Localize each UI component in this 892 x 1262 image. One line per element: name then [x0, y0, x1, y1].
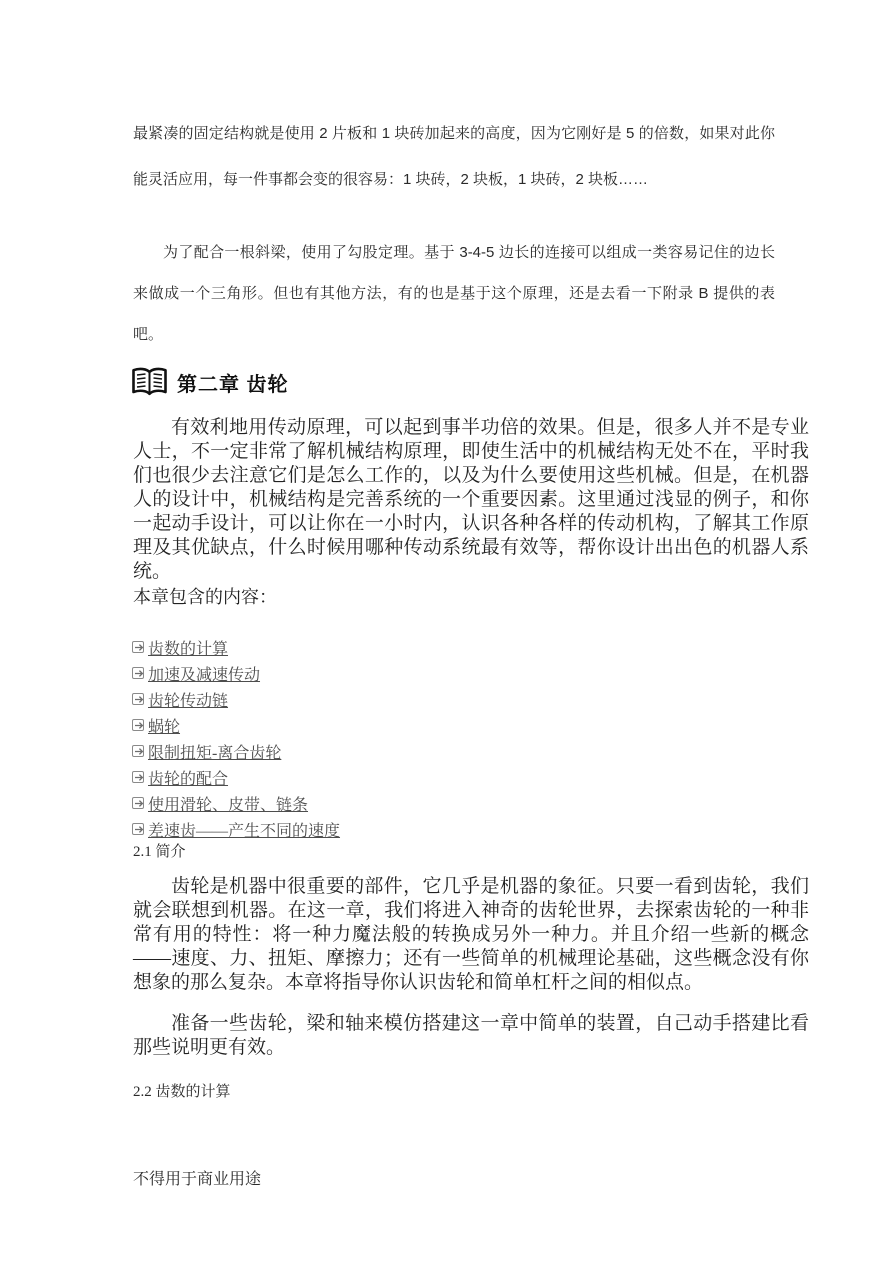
chapter-link-row: 使用滑轮、皮带、链条	[132, 790, 340, 816]
chapter-link-row: 差速齿——产生不同的速度	[132, 816, 340, 842]
boxed-arrow-icon	[132, 797, 146, 810]
footer-notice: 不得用于商业用途	[133, 1169, 261, 1191]
chapter-heading: 第二章 齿轮	[131, 366, 289, 398]
section-2-1-heading: 2.1 简介	[133, 842, 186, 862]
paragraph-pythagoras: 为了配合一根斜梁，使用了勾股定理。基于 3-4-5 边长的连接可以组成一类容易记…	[133, 232, 775, 355]
paragraph-bricks: 最紧凑的固定结构就是使用 2 片板和 1 块砖加起来的高度，因为它刚好是 5 的…	[133, 111, 775, 203]
boxed-arrow-icon	[132, 667, 146, 680]
chapter-link-row: 加速及减速传动	[132, 660, 340, 686]
link-gear-meshing[interactable]: 齿轮的配合	[148, 766, 228, 789]
link-tooth-count[interactable]: 齿数的计算	[148, 636, 228, 659]
open-book-icon	[131, 366, 168, 398]
link-speed-up-down[interactable]: 加速及减速传动	[148, 662, 260, 685]
section-2-2-heading: 2.2 齿数的计算	[133, 1082, 231, 1102]
link-worm-gear[interactable]: 蜗轮	[148, 714, 180, 737]
section-2-1-practice-paragraph: 准备一些齿轮，梁和轴来模仿搭建这一章中简单的装置，自己动手搭建比看那些说明更有效…	[133, 1012, 809, 1060]
chapter-link-row: 齿轮传动链	[132, 686, 340, 712]
boxed-arrow-icon	[132, 771, 146, 784]
document-page: 最紧凑的固定结构就是使用 2 片板和 1 块砖加起来的高度，因为它刚好是 5 的…	[0, 0, 892, 1262]
boxed-arrow-icon	[132, 693, 146, 706]
chapter-link-row: 蜗轮	[132, 712, 340, 738]
link-pulleys-belts-chains[interactable]: 使用滑轮、皮带、链条	[148, 792, 308, 815]
boxed-arrow-icon	[132, 823, 146, 836]
boxed-arrow-icon	[132, 641, 146, 654]
chapter-link-row: 齿数的计算	[132, 634, 340, 660]
link-differential-gear[interactable]: 差速齿——产生不同的速度	[148, 818, 340, 841]
boxed-arrow-icon	[132, 719, 146, 732]
chapter-link-row: 齿轮的配合	[132, 764, 340, 790]
chapter-link-row: 限制扭矩-离合齿轮	[132, 738, 340, 764]
link-torque-clutch-gear[interactable]: 限制扭矩-离合齿轮	[148, 740, 281, 763]
link-gear-train[interactable]: 齿轮传动链	[148, 688, 228, 711]
section-2-1-intro-paragraph: 齿轮是机器中很重要的部件，它几乎是机器的象征。只要一看到齿轮，我们就会联想到机器…	[133, 875, 809, 995]
boxed-arrow-icon	[132, 745, 146, 758]
chapter-title: 第二章 齿轮	[177, 368, 289, 397]
chapter-links-list: 齿数的计算 加速及减速传动 齿轮传动链	[132, 634, 340, 842]
chapter-intro-paragraph: 有效利地用传动原理，可以起到事半功倍的效果。但是，很多人并不是专业人士，不一定非…	[133, 416, 809, 584]
contents-label: 本章包含的内容：	[133, 585, 277, 609]
